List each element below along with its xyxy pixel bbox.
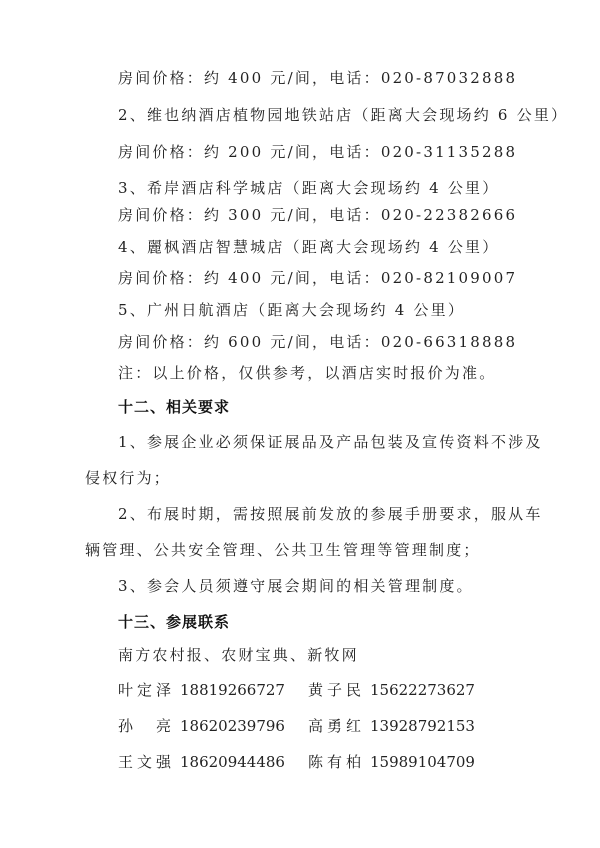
price-note: 注：以上价格，仅供参考，以酒店实时报价为准。 — [118, 363, 496, 383]
contact-phone: 18620239796 — [180, 716, 288, 736]
contact-phone: 18819266727 — [180, 680, 288, 700]
requirement-2-line-2: 辆管理、公共安全管理、公共卫生管理等管理制度； — [85, 540, 481, 560]
hotel-4-title: 4、麗枫酒店智慧城店（距离大会现场约 4 公里） — [118, 237, 499, 257]
contact-row: 孙 亮18620239796高勇红13928792153 — [118, 716, 478, 736]
hotel-5-price: 房间价格：约 600 元/间，电话：020-66318888 — [118, 332, 517, 352]
contact-phone: 15622273627 — [370, 680, 478, 700]
hotel-1-price: 房间价格：约 400 元/间，电话：020-87032888 — [118, 68, 517, 88]
section-13-heading: 十三、参展联系 — [118, 612, 230, 632]
hotel-4-price: 房间价格：约 400 元/间，电话：020-82109007 — [118, 268, 517, 288]
contact-name: 孙 亮 — [118, 716, 180, 736]
hotel-2-title: 2、维也纳酒店植物园地铁站店（距离大会现场约 6 公里） — [118, 105, 568, 125]
hotel-3-title: 3、希岸酒店科学城店（距离大会现场约 4 公里） — [118, 178, 499, 198]
organizers: 南方农村报、农财宝典、新牧网 — [118, 645, 359, 665]
contact-name: 陈有柏 — [308, 752, 370, 772]
contact-row: 叶定泽18819266727黄子民15622273627 — [118, 680, 478, 700]
contact-phone: 13928792153 — [370, 716, 478, 736]
contact-name: 黄子民 — [308, 680, 370, 700]
hotel-2-price: 房间价格：约 200 元/间，电话：020-31135288 — [118, 142, 517, 162]
requirement-1-line-1: 1、参展企业必须保证展品及产品包装及宣传资料不涉及 — [118, 432, 543, 452]
contact-name: 叶定泽 — [118, 680, 180, 700]
contact-name: 王文强 — [118, 752, 180, 772]
section-12-heading: 十二、相关要求 — [118, 397, 230, 417]
hotel-5-title: 5、广州日航酒店（距离大会现场约 4 公里） — [118, 300, 465, 320]
hotel-3-price: 房间价格：约 300 元/间，电话：020-22382666 — [118, 205, 517, 225]
contact-phone: 18620944486 — [180, 752, 288, 772]
requirement-1-line-2: 侵权行为； — [85, 468, 171, 488]
requirement-3: 3、参会人员须遵守展会期间的相关管理制度。 — [118, 576, 474, 596]
requirement-2-line-1: 2、布展时期，需按照展前发放的参展手册要求，服从车 — [118, 504, 543, 524]
contact-name: 高勇红 — [308, 716, 370, 736]
contact-phone: 15989104709 — [370, 752, 478, 772]
contact-row: 王文强18620944486陈有柏15989104709 — [118, 752, 478, 772]
